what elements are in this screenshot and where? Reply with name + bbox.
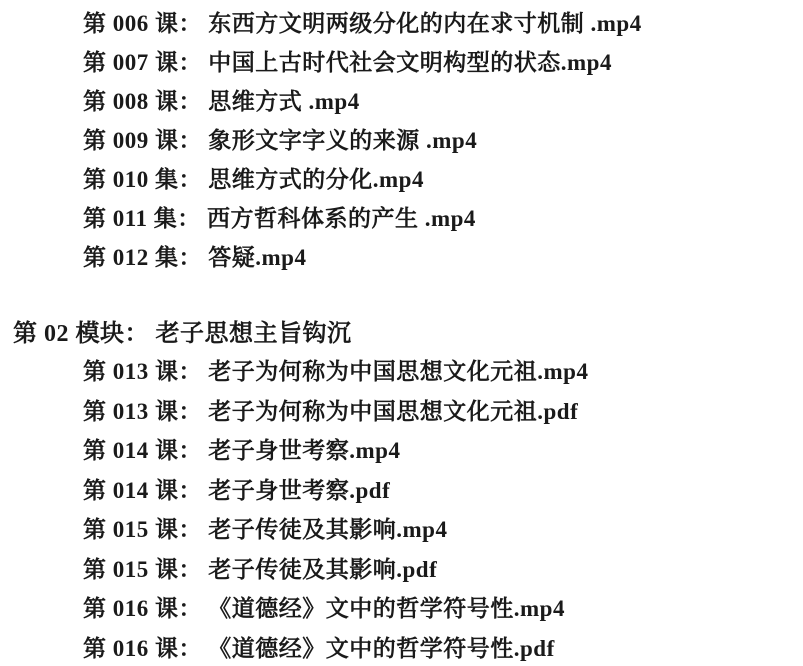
- lesson-item-text: 第 016 课： 《道德经》文中的哲学符号性.mp4: [83, 590, 565, 623]
- lesson-item-text: 第 006 课： 东西方文明两级分化的内在求寸机制 .mp4: [83, 5, 642, 38]
- lesson-item-text: 第 013 课： 老子为何称为中国思想文化元祖.pdf: [83, 393, 578, 426]
- lesson-item: 第 016 课： 《道德经》文中的哲学符号性.pdf: [0, 627, 803, 666]
- lesson-item-text: 第 009 课： 象形文字字义的来源 .mp4: [83, 122, 477, 155]
- lesson-item: 第 015 课： 老子传徒及其影响.mp4: [0, 508, 803, 548]
- lesson-item-text: 第 014 课： 老子身世考察.pdf: [83, 472, 390, 505]
- lesson-item-text: 第 010 集： 思维方式的分化.mp4: [83, 161, 424, 194]
- lesson-item: 第 014 课： 老子身世考察.pdf: [0, 469, 803, 509]
- lesson-item-text: 第 008 课： 思维方式 .mp4: [83, 83, 360, 116]
- lesson-item: 第 007 课： 中国上古时代社会文明构型的状态.mp4: [0, 41, 803, 80]
- course-file-list: 第 006 课： 东西方文明两级分化的内在求寸机制 .mp4 第 007 课： …: [0, 0, 803, 666]
- lesson-item: 第 013 课： 老子为何称为中国思想文化元祖.pdf: [0, 390, 803, 430]
- lesson-item: 第 008 课： 思维方式 .mp4: [0, 80, 803, 119]
- lesson-item-text: 第 011 集： 西方哲科体系的产生 .mp4: [83, 200, 476, 233]
- lesson-item: 第 012 集： 答疑.mp4: [0, 236, 803, 275]
- lesson-item: 第 015 课： 老子传徒及其影响.pdf: [0, 548, 803, 588]
- lesson-item-text: 第 014 课： 老子身世考察.mp4: [83, 432, 400, 465]
- section-gap: [0, 275, 803, 311]
- module-heading-text: 第 02 模块： 老子思想主旨钩沉: [13, 313, 352, 348]
- module-heading: 第 02 模块： 老子思想主旨钩沉: [0, 311, 803, 350]
- lesson-item-text: 第 015 课： 老子传徒及其影响.mp4: [83, 511, 447, 544]
- lesson-item-text: 第 013 课： 老子为何称为中国思想文化元祖.mp4: [83, 353, 588, 386]
- lesson-item: 第 014 课： 老子身世考察.mp4: [0, 429, 803, 469]
- lesson-item-text: 第 012 集： 答疑.mp4: [83, 239, 306, 272]
- lesson-item: 第 009 课： 象形文字字义的来源 .mp4: [0, 119, 803, 158]
- lesson-item: 第 006 课： 东西方文明两级分化的内在求寸机制 .mp4: [0, 2, 803, 41]
- lesson-item-text: 第 016 课： 《道德经》文中的哲学符号性.pdf: [83, 630, 555, 663]
- lesson-item: 第 016 课： 《道德经》文中的哲学符号性.mp4: [0, 587, 803, 627]
- lesson-item: 第 013 课： 老子为何称为中国思想文化元祖.mp4: [0, 350, 803, 390]
- lesson-item: 第 010 集： 思维方式的分化.mp4: [0, 158, 803, 197]
- lesson-item-text: 第 007 课： 中国上古时代社会文明构型的状态.mp4: [83, 44, 612, 77]
- lesson-item-text: 第 015 课： 老子传徒及其影响.pdf: [83, 551, 437, 584]
- lesson-item: 第 011 集： 西方哲科体系的产生 .mp4: [0, 197, 803, 236]
